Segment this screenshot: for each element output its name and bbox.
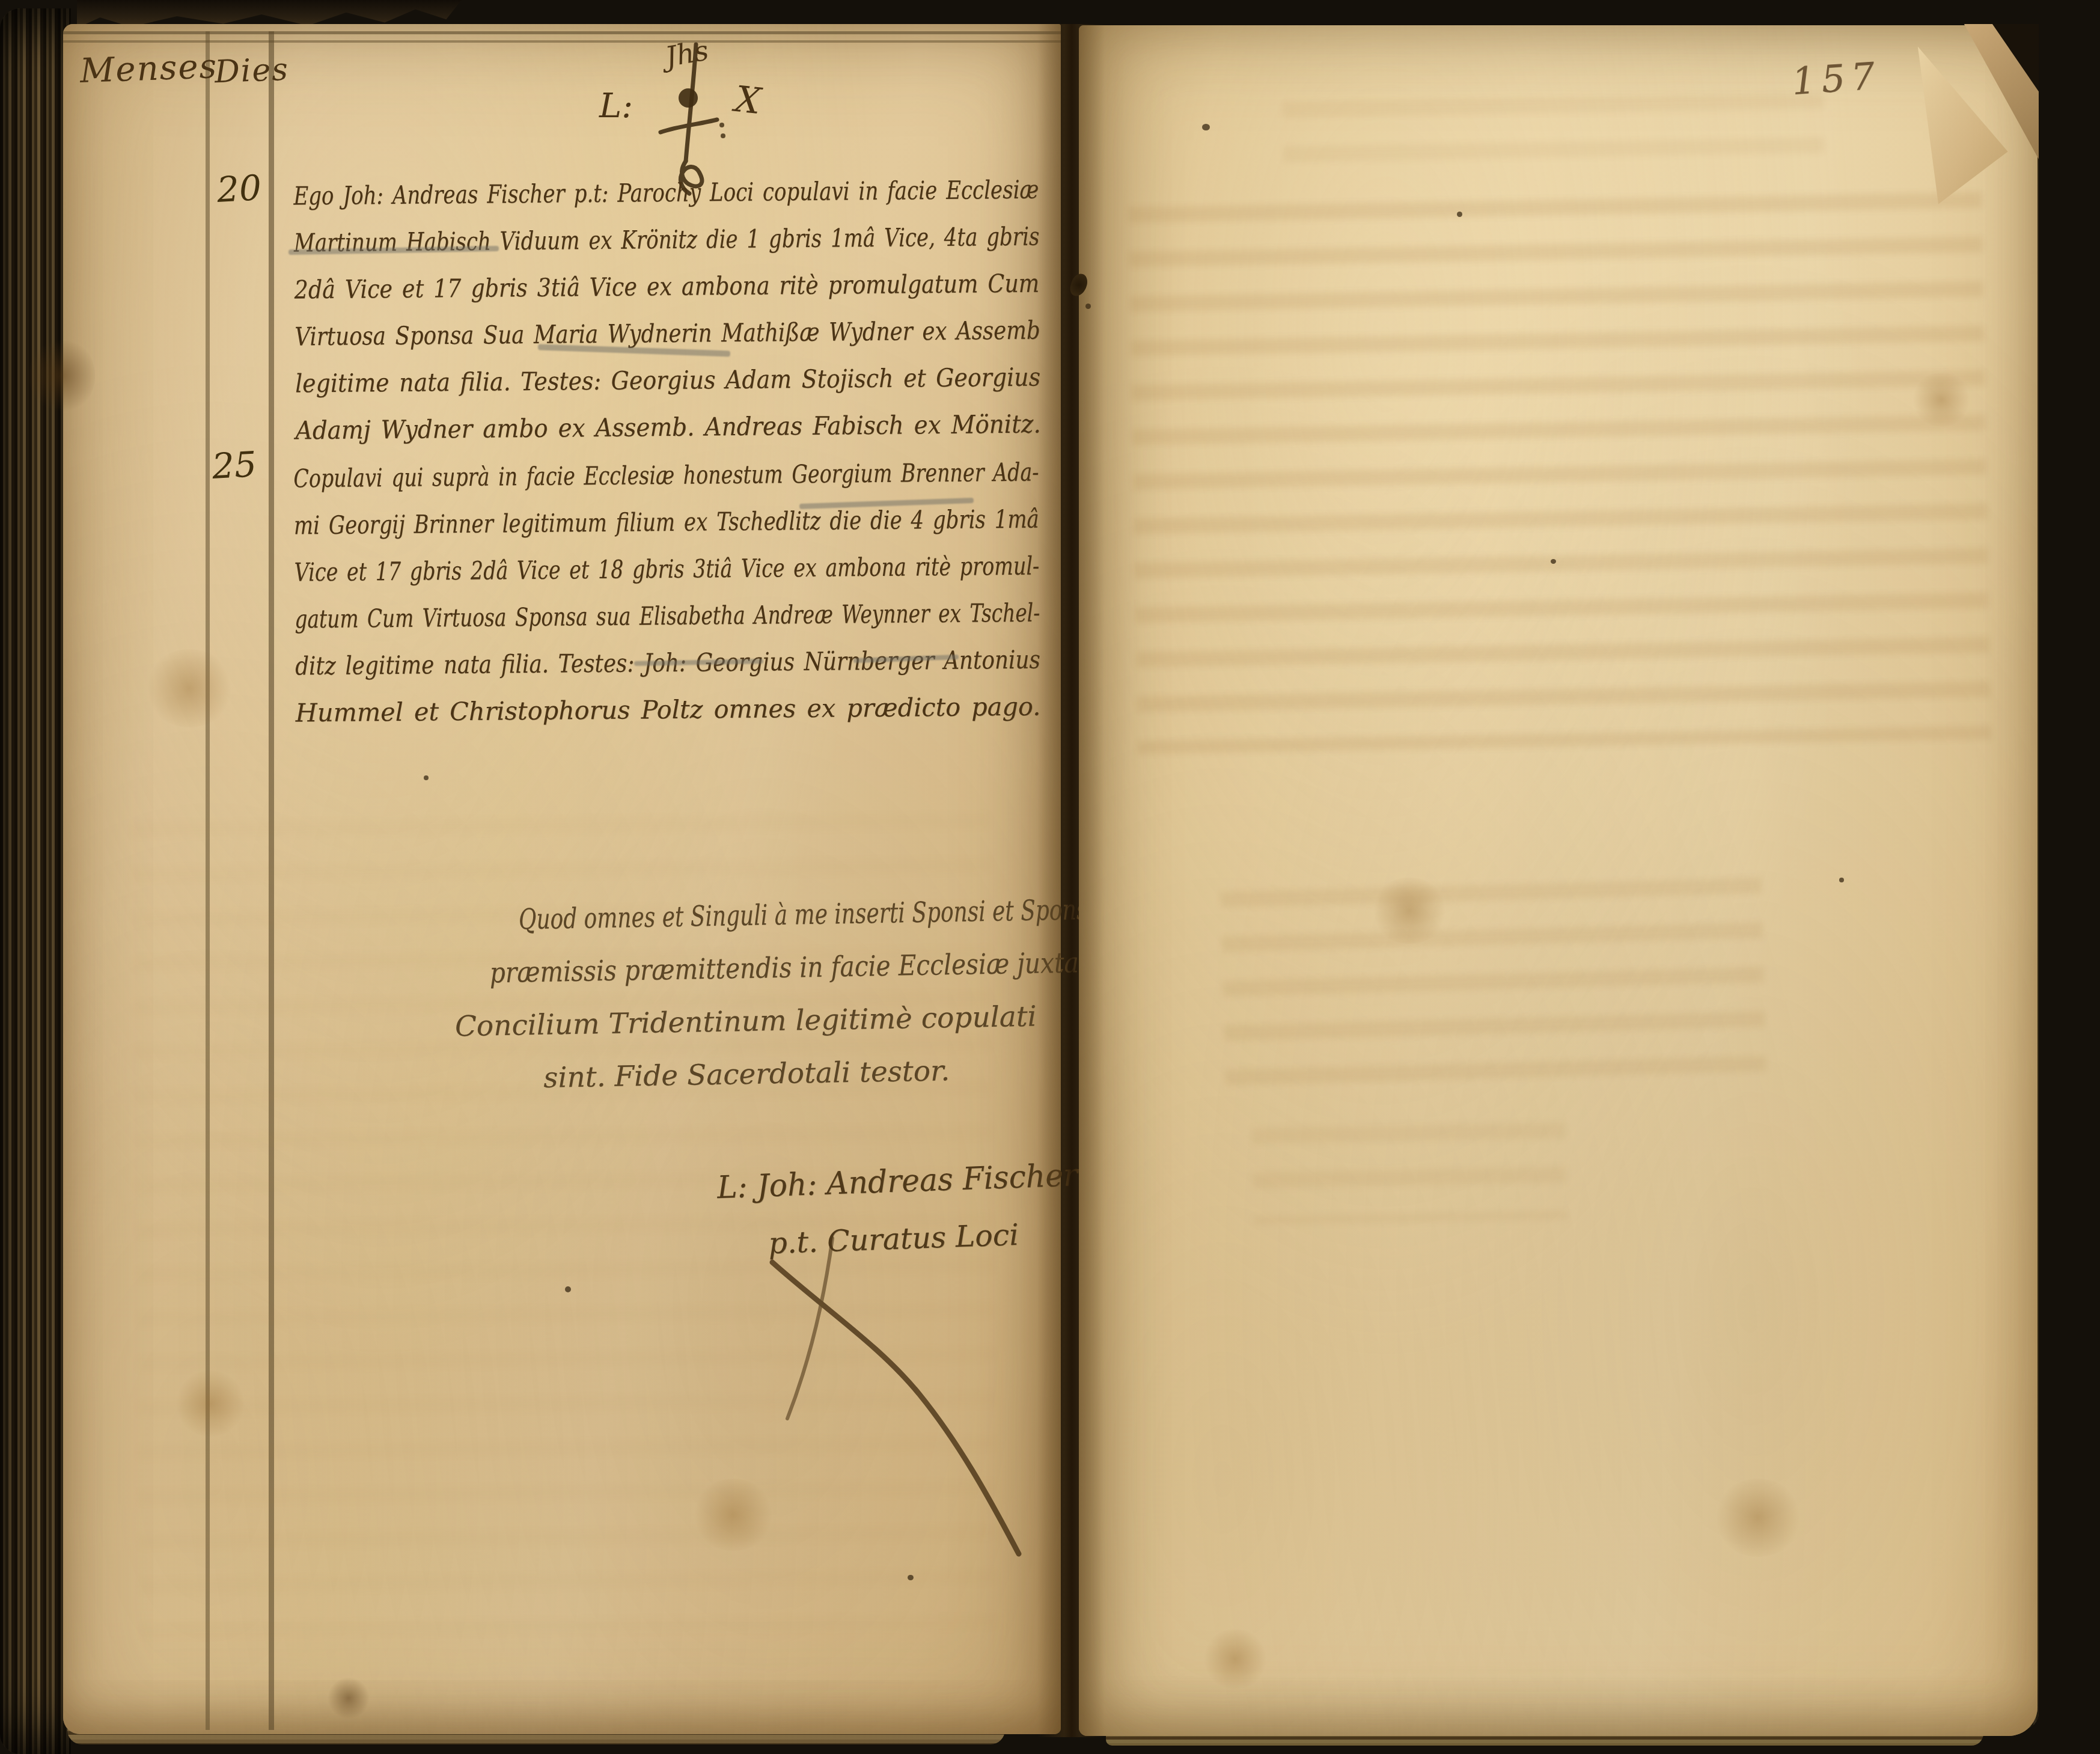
priest-signature: L: Joh: Andreas Fischer p.t. Curatus Loc… — [710, 1147, 1075, 1275]
register-line: Hummel et Christophorus Poltz omnes ex p… — [295, 683, 1031, 737]
attestation-line: præmissis præmittendis in facie Ecclesiæ… — [489, 938, 1001, 1000]
register-line: legitime nata filia. Testes: Georgius Ad… — [295, 355, 968, 408]
signature-flourish — [682, 1220, 1079, 1593]
header-rule-top — [63, 31, 1061, 34]
speck — [1457, 212, 1462, 217]
speck — [424, 775, 429, 780]
register-line: Martinum Habisch Viduum ex Krönitz die 1… — [294, 215, 898, 267]
left-page-stack-edge — [0, 8, 71, 1754]
speck — [1839, 878, 1844, 882]
column-header-menses: Menses — [79, 47, 218, 91]
column-rule-menses-dies — [206, 31, 210, 1730]
page-number: 157 — [1790, 53, 1882, 103]
register-line: Copulavi qui suprà in facie Ecclesiæ hon… — [293, 450, 884, 503]
speck — [1085, 304, 1091, 309]
paper-texture — [1079, 25, 2037, 1736]
bleed-through-block — [1128, 192, 1991, 754]
column-header-dies: Dies — [214, 52, 290, 90]
register-line: ditz legitime nata filia. Testes: Joh: G… — [295, 637, 930, 689]
register-line: Adamj Wydner ambo ex Assemb. Andreas Fab… — [295, 401, 985, 454]
bleed-through-block — [1283, 93, 1825, 186]
register-book-scan: Menses Dies Jhs L: X 20 25 Ego Joh: And — [0, 0, 2100, 1754]
christogram-l: L: — [599, 87, 633, 126]
bleed-through-block — [1253, 1122, 1567, 1224]
entry-day-25: 25 — [211, 444, 257, 487]
column-rule-dies-text — [269, 31, 274, 1730]
left-page: Menses Dies Jhs L: X 20 25 Ego Joh: And — [63, 24, 1061, 1734]
marriage-entry-25: Copulavi qui suprà in facie Ecclesiæ hon… — [293, 449, 1041, 737]
attestation-line: Concilium Tridentinum legitimè copulati — [451, 990, 1040, 1053]
attestation-line: Quod omnes et Singuli à me inserti Spons… — [518, 885, 969, 946]
speck — [1202, 124, 1210, 130]
signature-line: L: Joh: Andreas Fischer — [716, 1147, 1067, 1217]
register-line: 2dâ Vice et 17 gbris 3tiâ Vice ex ambona… — [294, 261, 941, 313]
register-line: gatum Cum Virtuosa Sponsa sua Elisabetha… — [295, 591, 878, 643]
speck — [908, 1575, 914, 1580]
marriage-entry-20: Ego Joh: Andreas Fischer p.t: Parochy Lo… — [293, 167, 1041, 454]
dog-ear-fold — [1910, 24, 2039, 212]
register-line: Vice et 17 gbris 2dâ Vice et 18 gbris 3t… — [294, 544, 887, 596]
christogram-x: X — [733, 78, 763, 123]
bleed-through-block — [1221, 878, 1767, 1096]
register-line: Ego Joh: Andreas Fischer p.t: Parochy Lo… — [293, 168, 898, 220]
right-page: 157 — [1079, 25, 2037, 1736]
header-rule-bottom — [63, 40, 1061, 43]
attestation-line: sint. Fide Sacerdotali testor. — [452, 1043, 1042, 1106]
speck — [1551, 559, 1556, 564]
entry-day-20: 20 — [216, 167, 262, 210]
attestation-paragraph: Quod omnes et Singuli à me inserti Spons… — [449, 884, 1042, 1106]
speck — [565, 1286, 571, 1292]
